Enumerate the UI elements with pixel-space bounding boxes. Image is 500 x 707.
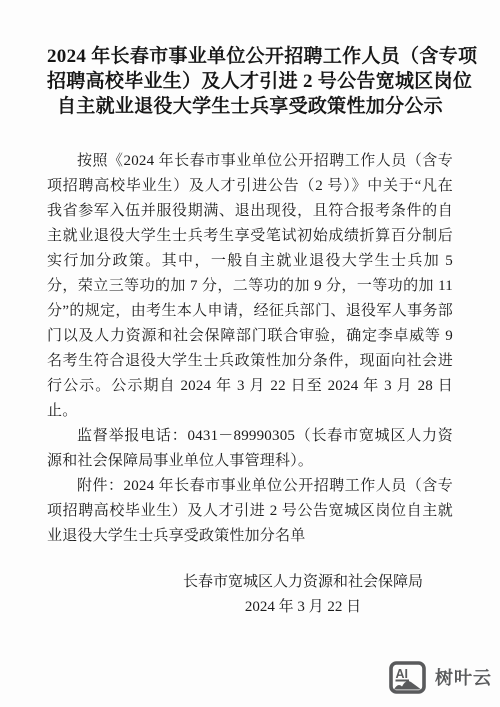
document-title: 2024 年长春市事业单位公开招聘工作人员（含专项 招聘高校毕业生）及人才引进 … [47, 44, 453, 119]
svg-text:AI: AI [396, 667, 409, 681]
watermark: AI 树叶云 [389, 661, 492, 694]
document-content: 2024 年长春市事业单位公开招聘工作人员（含专项 招聘高校毕业生）及人才引进 … [0, 44, 500, 620]
watermark-brand-text: 树叶云 [435, 669, 492, 687]
paragraph-supervision-hotline: 监督举报电话：0431－89990305（长春市宽城区人力资源和社会保障局事业单… [47, 424, 453, 474]
document-page: 2024 年长春市事业单位公开招聘工作人员（含专项 招聘高校毕业生）及人才引进 … [0, 0, 500, 707]
paragraph-attachment: 附件：2024 年长春市事业单位公开招聘工作人员（含专项招聘高校毕业生）及人才引… [47, 474, 453, 549]
paragraph-main: 按照《2024 年长春市事业单位公开招聘工作人员（含专项招聘高校毕业生）及人才引… [47, 149, 453, 424]
document-body: 按照《2024 年长春市事业单位公开招聘工作人员（含专项招聘高校毕业生）及人才引… [47, 149, 453, 549]
signature-block: 长春市宽城区人力资源和社会保障局 2024 年 3 月 22 日 [183, 570, 423, 620]
ai-image-logo-icon: AI [389, 661, 426, 694]
title-line-3: 自主就业退役大学生士兵享受政策性加分公示 [47, 94, 453, 119]
signature-date: 2024 年 3 月 22 日 [245, 595, 361, 620]
signature-issuer: 长春市宽城区人力资源和社会保障局 [183, 570, 423, 595]
title-line-1: 2024 年长春市事业单位公开招聘工作人员（含专项 [47, 44, 453, 69]
title-line-2: 招聘高校毕业生）及人才引进 2 号公告宽城区岗位 [47, 69, 453, 94]
